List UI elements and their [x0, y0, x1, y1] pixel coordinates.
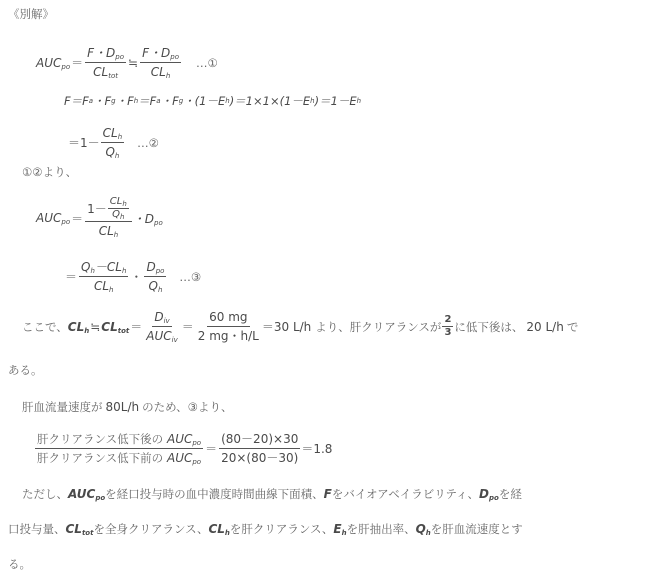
paragraph-clearance-end: ある。 [8, 362, 43, 378]
equation-bioavailability: F＝Fa ・Fg ・Fh ＝Fa ・Fg ・(1－Eh )＝1×1×(1－Eh … [64, 93, 361, 109]
fraction-f-dpo-over-clh: F・Dpo CLh [140, 44, 181, 81]
fraction-two-thirds: 2 3 [442, 314, 453, 339]
equation-auc-ratio: 肝クリアランス低下後の AUCpo 肝クリアランス低下前の AUCpo ＝ (8… [34, 430, 332, 467]
fraction-f-dpo-over-cltot: F・Dpo CLtot [85, 44, 126, 81]
paragraph-blood-flow: 肝血流量速度が 80L/h のため、③より、 [22, 399, 232, 415]
compound-fraction: 1－ CLh Qh CLh [85, 196, 132, 240]
definitions-line-2: 口投与量、 CLtot を全身クリアランス、 CLh を肝クリアランス、 Eh … [8, 521, 523, 537]
definitions-line-3: る。 [8, 556, 31, 572]
equation-1: AUCpo ＝ F・Dpo CLtot ≒ F・Dpo CLh …① [36, 44, 218, 81]
auc-po: AUCpo [36, 56, 70, 70]
fraction-qh-minus-clh-over-clh: Qh－CLh CLh [79, 258, 128, 295]
fraction-numeric-ratio: (80－20)×30 20×(80－30) [219, 430, 300, 467]
fraction-dpo-over-qh: Dpo Qh [144, 258, 166, 295]
fraction-clh-over-qh: CLh Qh [101, 124, 125, 161]
equation-label-2: …② [137, 136, 159, 150]
equation-label-1: …① [196, 56, 218, 70]
fraction-dose-over-auc-value: 60 mg 2 mg・h/L [196, 308, 261, 345]
equation-auc-expansion: AUCpo ＝ 1－ CLh Qh CLh ・Dpo [36, 196, 163, 240]
equation-2: ＝1－ CLh Qh …② [68, 124, 159, 161]
fraction-auc-after-over-before: 肝クリアランス低下後の AUCpo 肝クリアランス低下前の AUCpo [35, 430, 203, 467]
paragraph-clearance: ここで、 CLh ≒ CLtot ＝ Div AUCiv ＝ 60 mg 2 m… [22, 308, 578, 345]
equation-label-3: …③ [179, 270, 201, 284]
definitions-line-1: ただし、 AUCpo を経口投与時の血中濃度時間曲線下面積、 F をバイオアベイ… [22, 486, 522, 502]
equation-3: ＝ Qh－CLh CLh ・ Dpo Qh …③ [64, 258, 201, 295]
fraction-div-over-aucv: Div AUCiv [144, 308, 179, 345]
section-heading: 《別解》 [8, 6, 54, 22]
step-text: ①②より、 [22, 164, 77, 180]
